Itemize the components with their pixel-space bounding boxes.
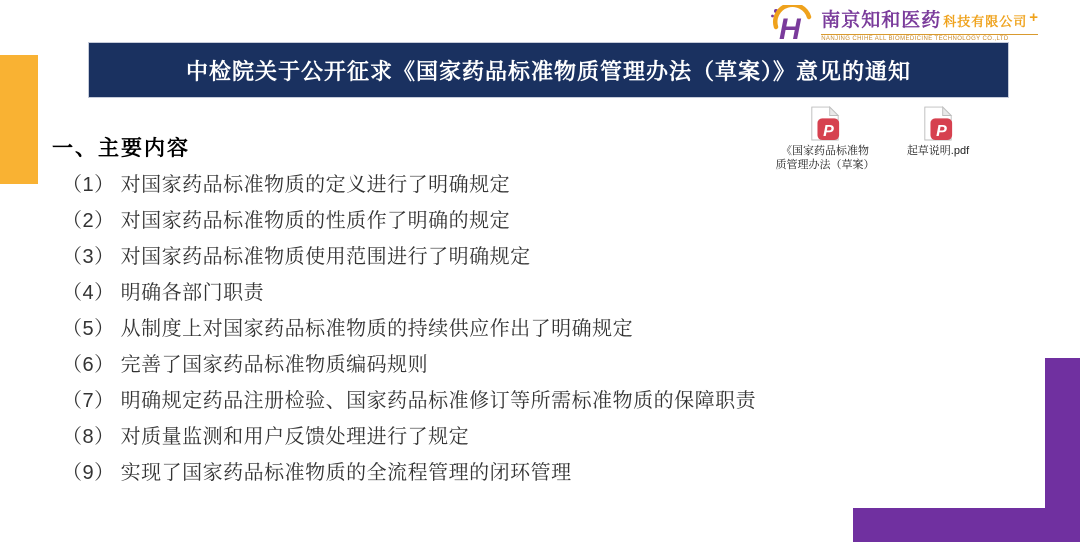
key-points-list: （1） 对国家药品标准物质的定义进行了明确规定 （2） 对国家药品标准物质的性质… xyxy=(62,167,1080,491)
list-item: （9） 实现了国家药品标准物质的全流程管理的闭环管理 xyxy=(62,455,1080,491)
company-name-suffix: 科技有限公司 xyxy=(943,11,1027,30)
logo-letter: H xyxy=(779,13,802,43)
company-name-en: NANJING CHIHE ALL BIOMEDICINE TECHNOLOGY… xyxy=(821,34,1038,42)
list-item: （7） 明确规定药品注册检验、国家药品标准修订等所需标准物质的保障职责 xyxy=(62,383,1080,419)
purple-accent-horizontal xyxy=(853,508,1080,542)
slide-title: 中检院关于公开征求《国家药品标准物质管理办法（草案）》意见的通知 xyxy=(186,55,911,86)
list-item: （4） 明确各部门职责 xyxy=(62,275,1080,311)
slide-canvas: H 南京知和医药 科技有限公司 + NANJING CHIHE ALL BIOM… xyxy=(0,0,1080,542)
title-banner: 中检院关于公开征求《国家药品标准物质管理办法（草案）》意见的通知 xyxy=(89,43,1008,97)
plus-icon: + xyxy=(1029,9,1038,26)
list-item: （1） 对国家药品标准物质的定义进行了明确规定 xyxy=(62,167,1080,203)
company-logo: H 南京知和医药 科技有限公司 + NANJING CHIHE ALL BIOM… xyxy=(769,5,1038,43)
main-content: 一、主要内容 （1） 对国家药品标准物质的定义进行了明确规定 （2） 对国家药品… xyxy=(0,131,1080,491)
list-item: （3） 对国家药品标准物质使用范围进行了明确规定 xyxy=(62,239,1080,275)
logo-h-icon: H xyxy=(769,5,815,43)
logo-text: 南京知和医药 科技有限公司 + NANJING CHIHE ALL BIOMED… xyxy=(821,5,1038,42)
list-item: （6） 完善了国家药品标准物质编码规则 xyxy=(62,347,1080,383)
company-name-cn: 南京知和医药 xyxy=(821,5,941,32)
section-heading: 一、主要内容 xyxy=(52,131,1080,167)
list-item: （2） 对国家药品标准物质的性质作了明确的规定 xyxy=(62,203,1080,239)
list-item: （5） 从制度上对国家药品标准物质的持续供应作出了明确规定 xyxy=(62,311,1080,347)
list-item: （8） 对质量监测和用户反馈处理进行了规定 xyxy=(62,419,1080,455)
